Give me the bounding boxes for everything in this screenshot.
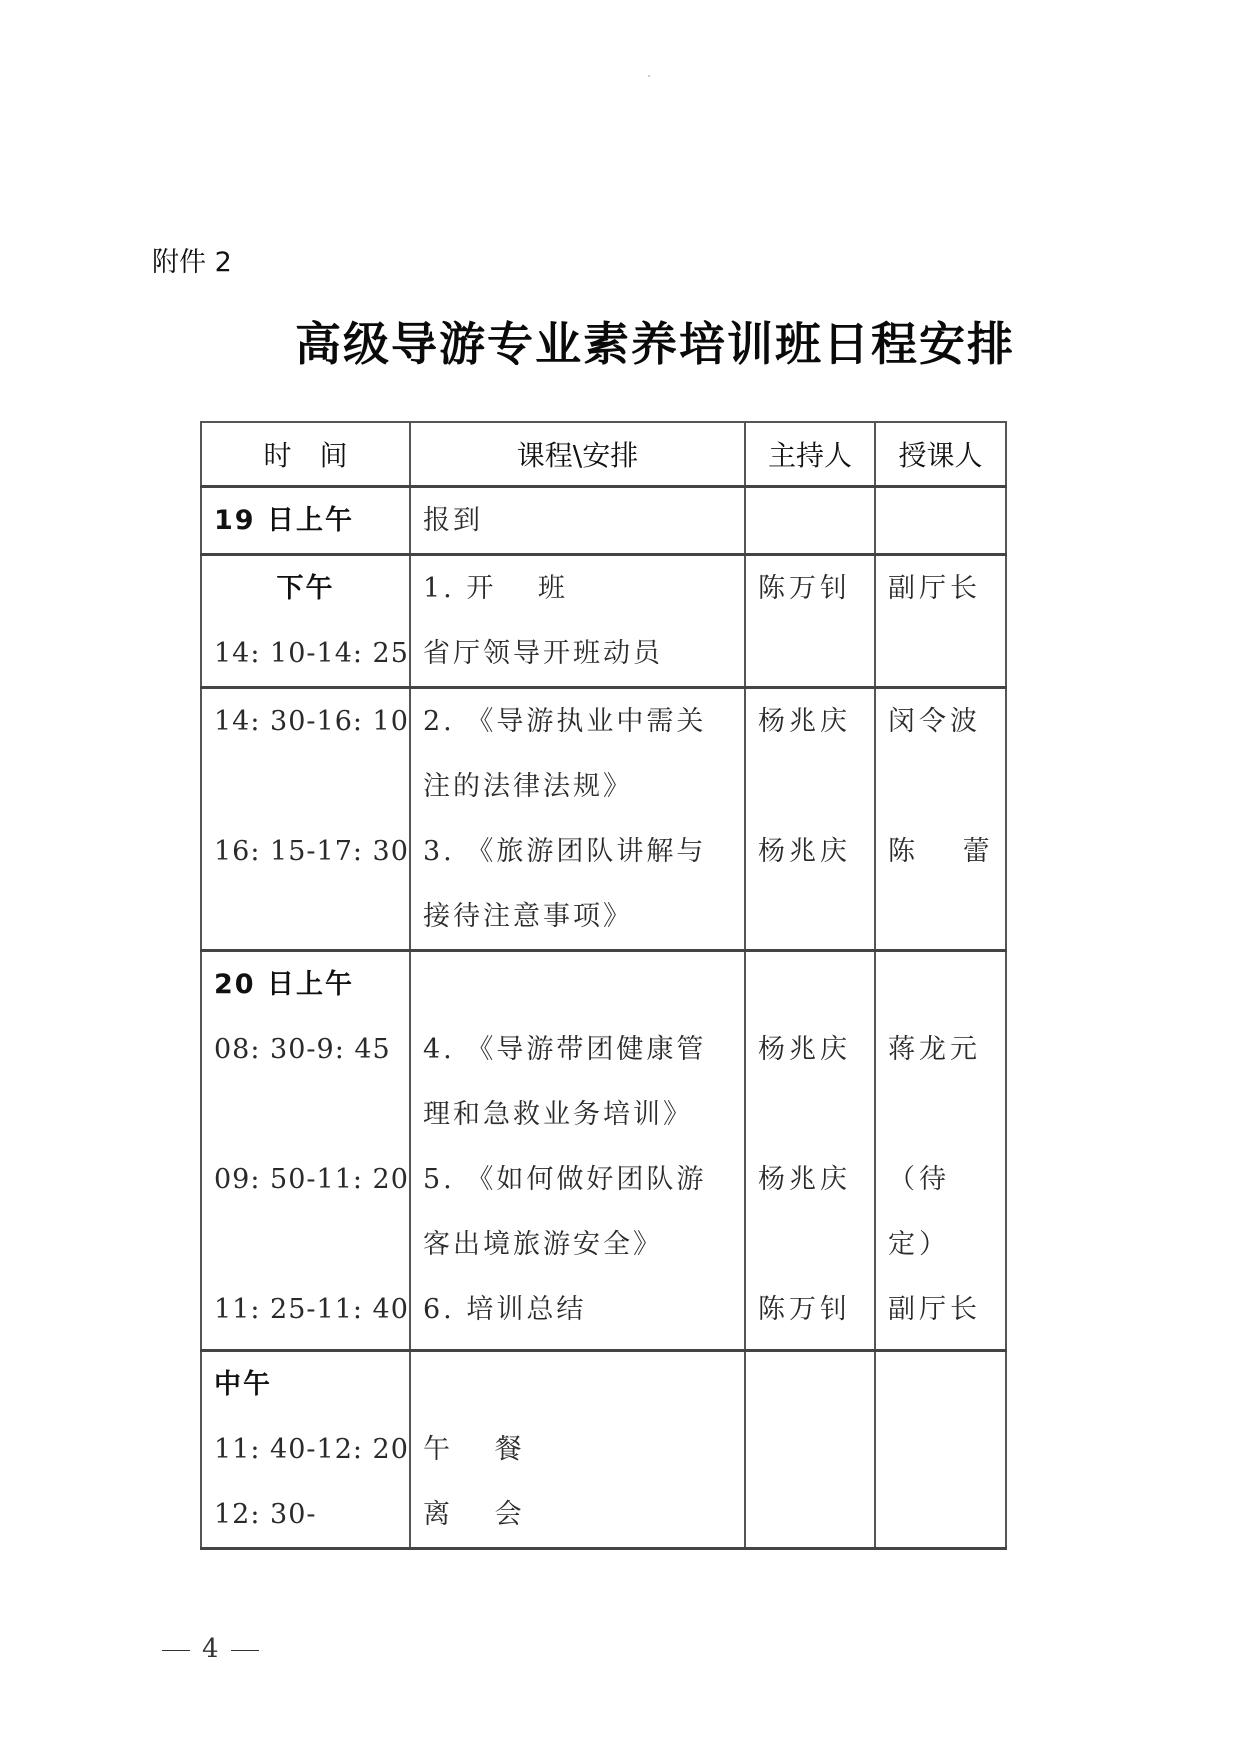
host-cell: 杨兆庆杨兆庆陈万钊 [745, 951, 875, 1351]
table-row: 20 日上午08: 30-9: 4509: 50-11: 2011: 25-11… [201, 951, 1006, 1351]
title-text: 高级导游专业素养培训班日程安排 [295, 308, 1015, 374]
course-cell: 1. 开 班省厅领导开班动员 [410, 555, 745, 688]
course-line: 5. 《如何做好团队游 [411, 1147, 744, 1212]
course-line: 午 餐 [411, 1417, 744, 1482]
time-line: 14: 30-16: 10 [202, 689, 409, 754]
time-line: 11: 25-11: 40 [202, 1277, 409, 1342]
course-line: 客出境旅游安全》 [411, 1212, 744, 1277]
time-cell: 19 日上午 [201, 487, 410, 555]
course-line: 6. 培训总结 [411, 1277, 744, 1342]
course-line: 离 会 [411, 1482, 744, 1547]
page-number: 4 [150, 1634, 271, 1664]
time-line: 14: 10-14: 25 [202, 621, 409, 686]
lecturer-line: 副厅长 [876, 1277, 1005, 1342]
attachment-label: 附件 2 [152, 240, 232, 279]
lecturer-line [876, 952, 1005, 1017]
lecturer-line [876, 884, 1005, 949]
time-cell: 20 日上午08: 30-9: 4509: 50-11: 2011: 25-11… [201, 951, 410, 1351]
host-line: 杨兆庆 [746, 819, 874, 884]
course-line [411, 1352, 744, 1417]
page-number-text: 4 [202, 1634, 219, 1664]
time-cell: 14: 30-16: 1016: 15-17: 30 [201, 688, 410, 951]
course-cell: 2. 《导游执业中需关注的法律法规》3. 《旅游团队讲解与接待注意事项》 [410, 688, 745, 951]
lecturer-line: 闵令波 [876, 689, 1005, 754]
host-line [746, 754, 874, 819]
document-title: 高级导游专业素养培训班日程安排 [0, 308, 1240, 374]
time-line: 20 日上午 [202, 952, 409, 1017]
header-lecturer: 授课人 [875, 422, 1006, 487]
course-line: 1. 开 班 [411, 556, 744, 621]
table-row: 19 日上午报到 [201, 487, 1006, 555]
time-line: 中午 [202, 1352, 409, 1417]
host-line: 杨兆庆 [746, 1017, 874, 1082]
host-line [746, 1212, 874, 1277]
course-line: 省厅领导开班动员 [411, 621, 744, 686]
lecturer-cell: 副厅长 [875, 555, 1006, 688]
lecturer-cell [875, 487, 1006, 555]
schedule-table: 时 间 课程\安排 主持人 授课人 19 日上午报到下午14: 10-14: 2… [200, 421, 1007, 1550]
course-line: 4. 《导游带团健康管 [411, 1017, 744, 1082]
time-line: 08: 30-9: 45 [202, 1017, 409, 1082]
course-line: 注的法律法规》 [411, 754, 744, 819]
host-line: 陈万钊 [746, 1277, 874, 1342]
time-line: 12: 30- [202, 1482, 409, 1547]
scan-artifact [648, 75, 650, 77]
course-line: 报到 [411, 488, 744, 553]
time-line: 09: 50-11: 20 [202, 1147, 409, 1212]
time-line [202, 884, 409, 949]
course-line: 理和急救业务培训》 [411, 1082, 744, 1147]
time-line: 16: 15-17: 30 [202, 819, 409, 884]
lecturer-line [876, 754, 1005, 819]
lecturer-line: 定） [876, 1212, 1005, 1277]
time-line [202, 1082, 409, 1147]
lecturer-line [876, 1082, 1005, 1147]
lecturer-cell: 闵令波陈 蕾 [875, 688, 1006, 951]
lecturer-line: 蒋龙元 [876, 1017, 1005, 1082]
lecturer-line: 陈 蕾 [876, 819, 1005, 884]
host-cell: 陈万钊 [745, 555, 875, 688]
time-line: 下午 [202, 556, 409, 621]
course-cell: 午 餐离 会 [410, 1351, 745, 1549]
header-time: 时 间 [201, 422, 410, 487]
time-line [202, 1212, 409, 1277]
host-line [746, 884, 874, 949]
page-dash-right [231, 1650, 259, 1651]
header-course: 课程\安排 [410, 422, 745, 487]
host-line [746, 1082, 874, 1147]
host-cell [745, 1351, 875, 1549]
time-cell: 中午11: 40-12: 2012: 30- [201, 1351, 410, 1549]
course-line [411, 952, 744, 1017]
table-header-row: 时 间 课程\安排 主持人 授课人 [201, 422, 1006, 487]
table-row: 中午11: 40-12: 2012: 30-午 餐离 会 [201, 1351, 1006, 1549]
table-row: 下午14: 10-14: 251. 开 班省厅领导开班动员陈万钊副厅长 [201, 555, 1006, 688]
host-line [746, 952, 874, 1017]
time-line: 11: 40-12: 20 [202, 1417, 409, 1482]
course-cell: 报到 [410, 487, 745, 555]
time-cell: 下午14: 10-14: 25 [201, 555, 410, 688]
host-cell: 杨兆庆杨兆庆 [745, 688, 875, 951]
time-line [202, 754, 409, 819]
course-line: 2. 《导游执业中需关 [411, 689, 744, 754]
lecturer-cell [875, 1351, 1006, 1549]
host-cell [745, 487, 875, 555]
host-line: 杨兆庆 [746, 1147, 874, 1212]
course-line: 3. 《旅游团队讲解与 [411, 819, 744, 884]
lecturer-line: （待 [876, 1147, 1005, 1212]
course-cell: 4. 《导游带团健康管理和急救业务培训》5. 《如何做好团队游客出境旅游安全》6… [410, 951, 745, 1351]
host-line: 杨兆庆 [746, 689, 874, 754]
course-line: 接待注意事项》 [411, 884, 744, 949]
lecturer-cell: 蒋龙元（待定）副厅长 [875, 951, 1006, 1351]
lecturer-line: 副厅长 [876, 556, 1005, 621]
time-line: 19 日上午 [202, 488, 409, 553]
host-line: 陈万钊 [746, 556, 874, 621]
table-row: 14: 30-16: 1016: 15-17: 302. 《导游执业中需关注的法… [201, 688, 1006, 951]
header-host: 主持人 [745, 422, 875, 487]
page-dash-left [162, 1650, 190, 1651]
